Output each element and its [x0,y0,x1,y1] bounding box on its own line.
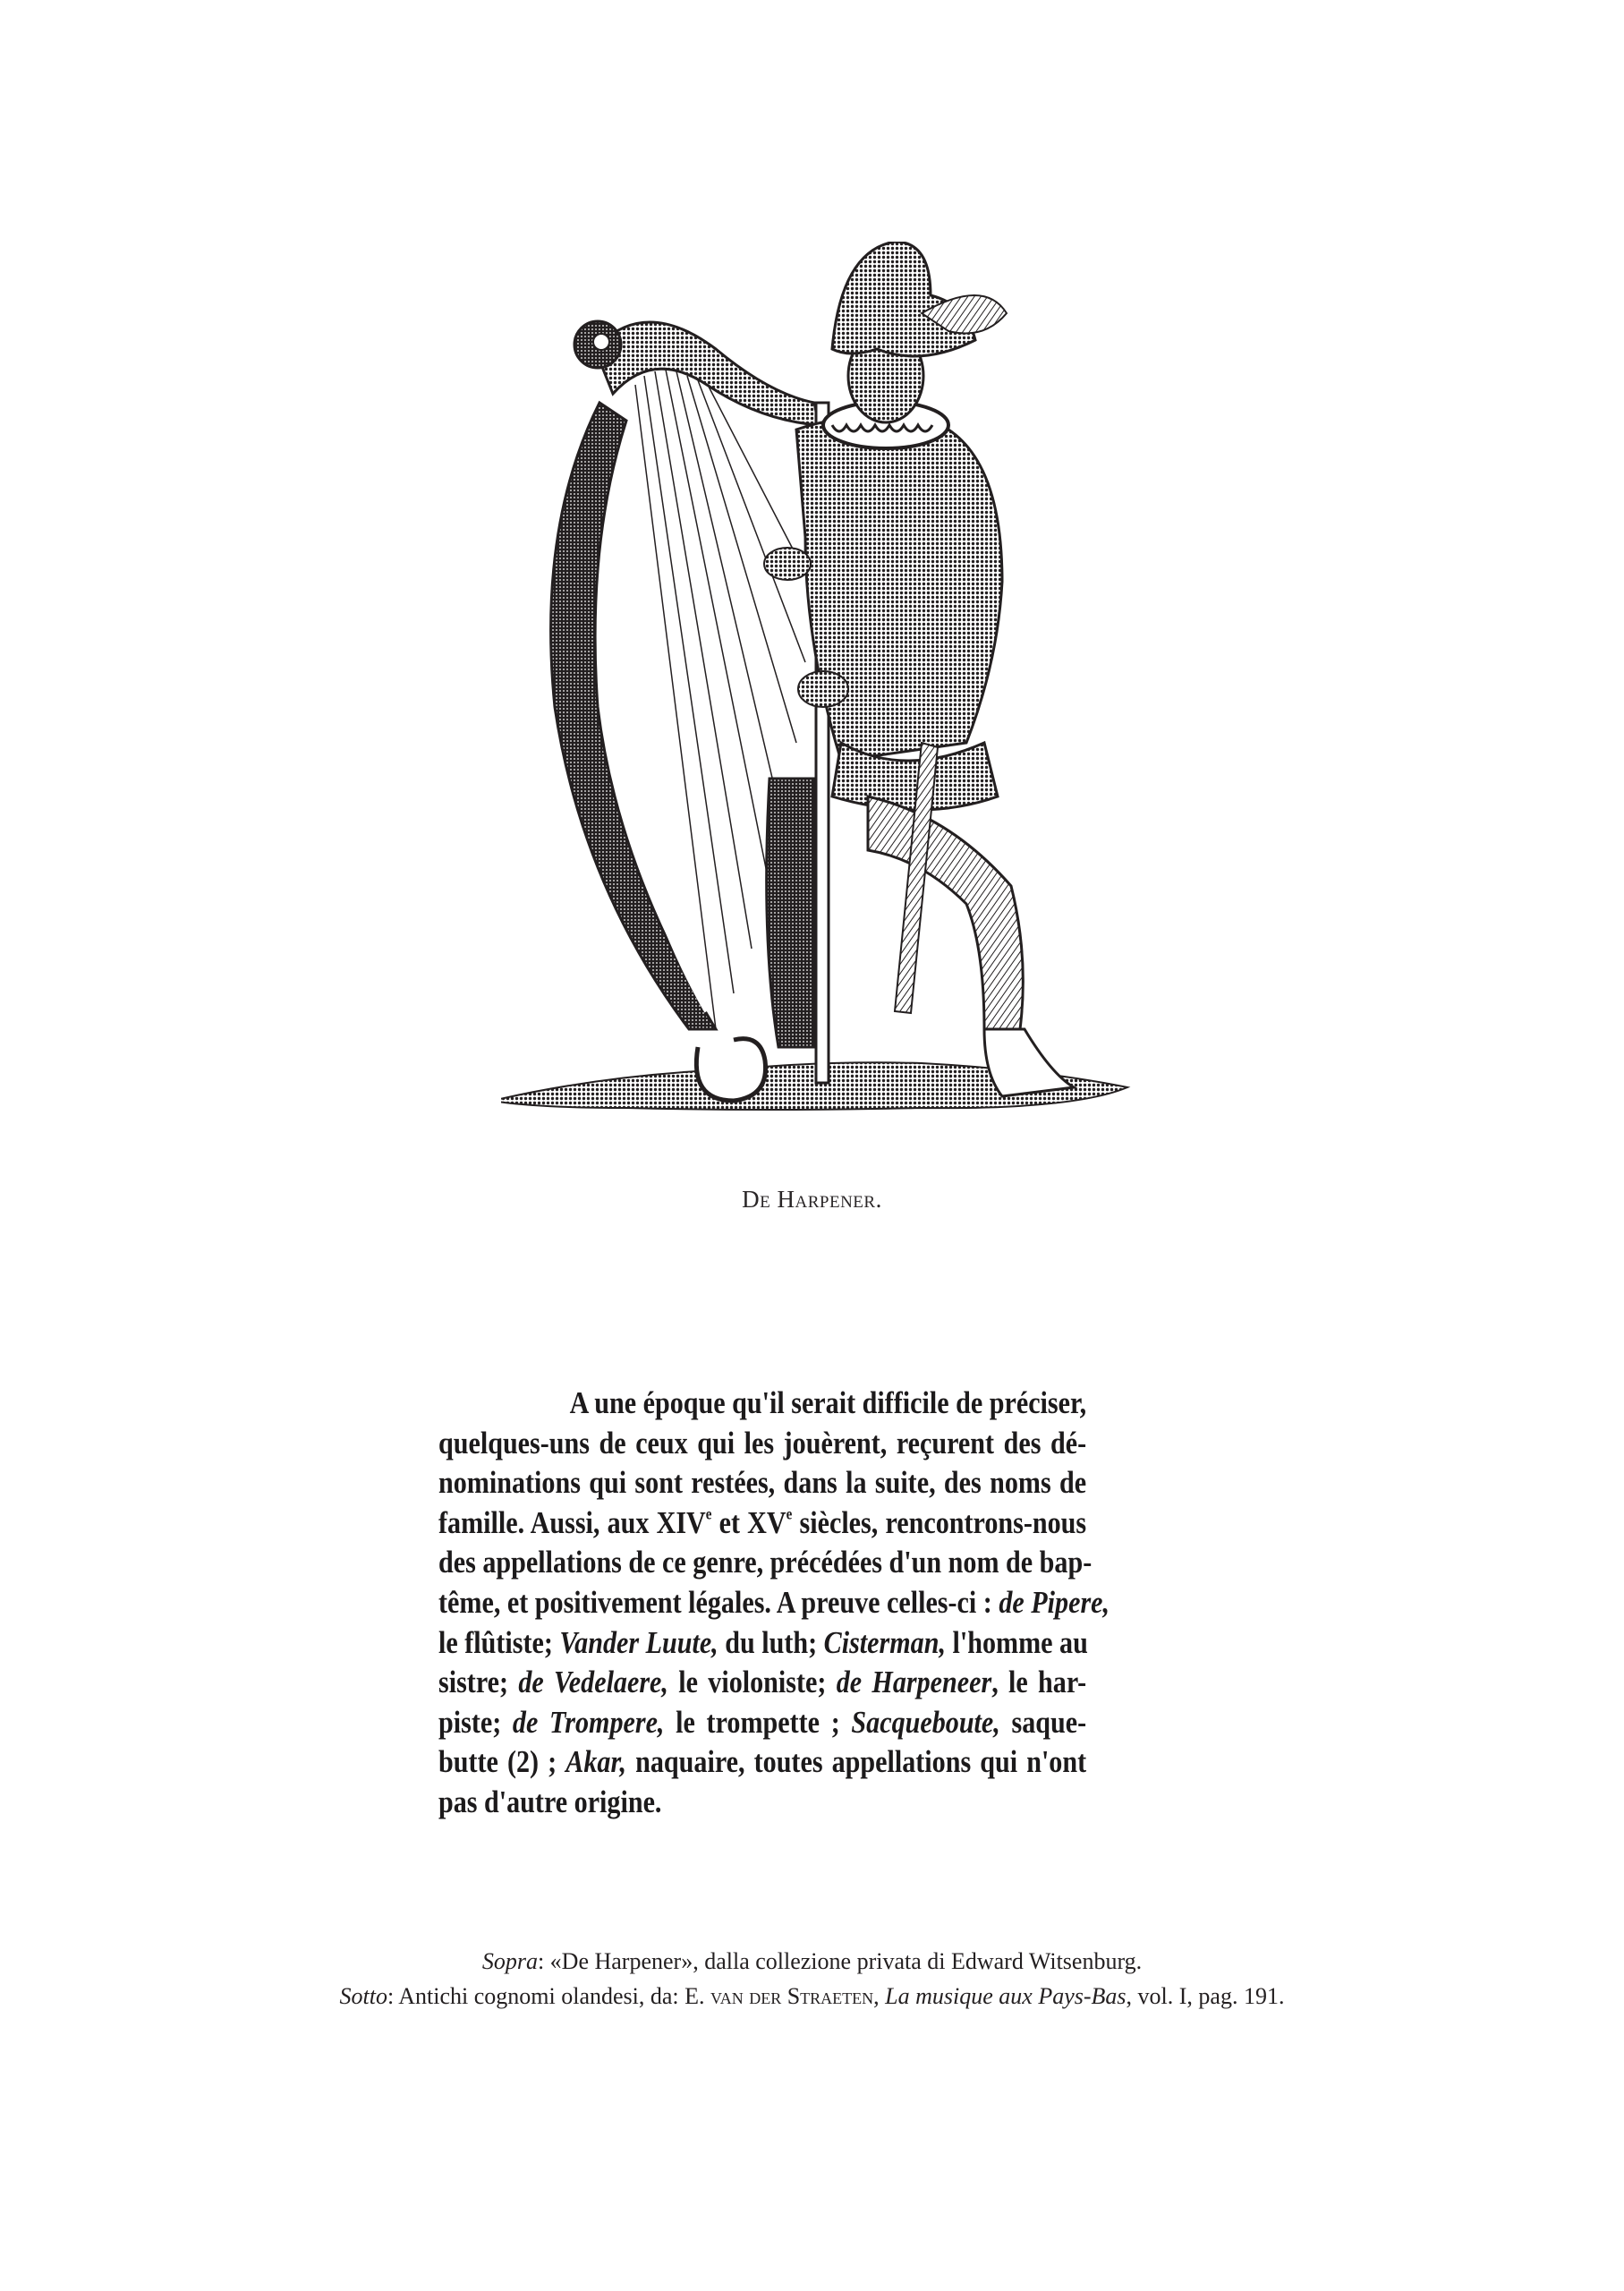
text-run: naquaire, toutes appellations qui n'ont [626,1744,1086,1779]
italic-name: Cisterman, [824,1625,946,1660]
italic-name: de Trompere, [513,1705,665,1740]
text-run: l'homme au [946,1625,1088,1660]
text-run: du luth; [718,1625,824,1660]
italic-name: de Harpeneer [837,1665,991,1699]
french-text-excerpt: A une époque qu'il serait difficile de p… [438,1384,1086,1823]
italic-name: de Vedelaere, [518,1665,668,1699]
excerpt-line: des appellations de ce genre, précédées … [438,1543,1086,1583]
text-run: A une époque qu'il serait difficile de p… [570,1385,1086,1420]
excerpt-line: piste; de Trompere, le trompette ; Sacqu… [438,1703,1086,1743]
excerpt-line: sistre; de Vedelaere, le violoniste; de … [438,1663,1086,1703]
excerpt-line: butte (2) ; Akar, naquaire, toutes appel… [438,1742,1086,1783]
text-run: sistre; [438,1665,518,1699]
text-run: pas d'autre origine. [438,1784,661,1819]
italic-name: Akar, [565,1744,626,1779]
text-run: tême, et positivement légales. A preuve … [438,1585,999,1620]
text-run: nominations qui sont restées, dans la su… [438,1465,1086,1500]
italic-name: Vander Luute, [559,1625,718,1660]
excerpt-line: nominations qui sont restées, dans la su… [438,1463,1086,1503]
italic-name: de Pipere, [999,1585,1110,1620]
excerpt-line: A une époque qu'il serait difficile de p… [438,1384,1086,1424]
text-run: siècles, rencontrons-nous [792,1505,1086,1540]
harpist-engraving-icon [501,242,1145,1119]
excerpt-line: quelques-uns de ceux qui les jouèrent, r… [438,1424,1086,1464]
caption-below-text-1: : Antichi cognomi olandesi, da: E. [387,1983,710,2009]
text-run: des appellations de ce genre, précédées … [438,1545,1092,1580]
text-run: quelques-uns de ceux qui les jouèrent, r… [438,1426,1086,1461]
caption-above: Sopra: «De Harpener», dalla collezione p… [0,1944,1624,1979]
excerpt-line: pas d'autre origine. [438,1783,1086,1823]
excerpt-line: le flûtiste; Vander Luute, du luth; Cist… [438,1623,1086,1664]
italic-name: Sacqueboute, [851,1705,999,1740]
text-run: le flûtiste; [438,1625,559,1660]
caption-work-title: La musique aux Pays-Bas [885,1983,1126,2009]
caption-above-text: : «De Harpener», dalla collezione privat… [538,1948,1142,1974]
caption-below: Sotto: Antichi cognomi olandesi, da: E. … [0,1979,1624,2014]
excerpt-line: famille. Aussi, aux XIVe et XVe siècles,… [438,1503,1086,1544]
figure-caption: Sopra: «De Harpener», dalla collezione p… [0,1944,1624,2014]
harpist-engraving-illustration [501,242,1145,1119]
caption-below-label: Sotto [340,1983,387,2009]
caption-above-label: Sopra [482,1948,538,1974]
text-run: et XV [711,1505,786,1540]
caption-author: van der Straeten [710,1983,873,2009]
text-run: le trompette ; [664,1705,851,1740]
text-run: le violoniste; [668,1665,837,1699]
text-run: butte (2) ; [438,1744,565,1779]
superscript: e [786,1504,793,1522]
caption-below-text-2: , [873,1983,885,2009]
text-run: saque- [1000,1705,1086,1740]
excerpt-line: tême, et positivement légales. A preuve … [438,1583,1086,1623]
text-run: famille. Aussi, aux XIV [438,1505,706,1540]
text-run: piste; [438,1705,513,1740]
text-run: , le har- [991,1665,1086,1699]
figure-title: De Harpener. [0,1186,1624,1214]
caption-below-text-3: , vol. I, pag. 191. [1127,1983,1285,2009]
